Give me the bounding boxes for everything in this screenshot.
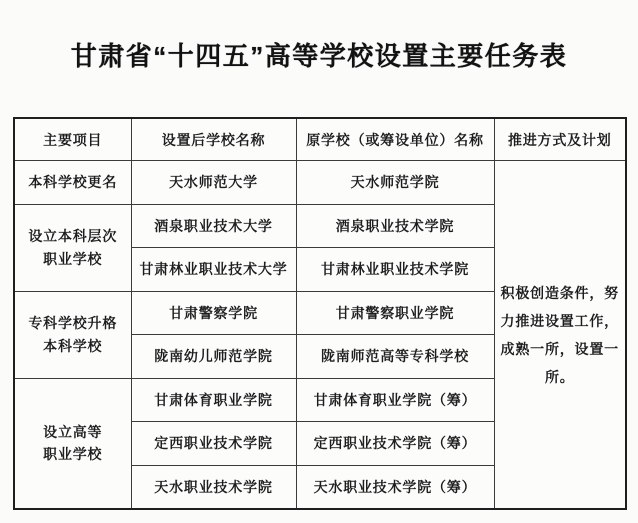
original-school-cell: 甘肃林业职业技术学院 (296, 248, 494, 292)
original-school-cell: 天水师范学院 (296, 161, 494, 205)
project-cell-rename-undergraduate: 本科学校更名 (14, 161, 131, 205)
column-header-project: 主要项目 (14, 118, 131, 161)
original-school-cell: 酒泉职业技术学院 (296, 204, 494, 248)
new-school-cell: 天水师范大学 (131, 161, 296, 205)
original-school-cell: 甘肃体育职业学院（筹） (296, 378, 494, 422)
table-header-row: 主要项目 设置后学校名称 原学校（或筹设单位）名称 推进方式及计划 (14, 118, 626, 161)
column-header-original-school-name: 原学校（或筹设单位）名称 (296, 118, 494, 161)
project-cell-establish-undergraduate-vocational: 设立本科层次 职业学校 (14, 204, 131, 291)
table-row: 本科学校更名 天水师范大学 天水师范学院 积极创造条件，努力推进设置工作，成熟一… (14, 161, 626, 205)
original-school-cell: 定西职业技术学院（筹） (296, 422, 494, 466)
project-cell-upgrade-college-to-undergraduate: 专科学校升格 本科学校 (14, 291, 131, 378)
document-title: 甘肃省“十四五”高等学校设置主要任务表 (0, 36, 638, 73)
new-school-cell: 陇南幼儿师范学院 (131, 335, 296, 379)
original-school-cell: 陇南师范高等专科学校 (296, 335, 494, 379)
new-school-cell: 酒泉职业技术大学 (131, 204, 296, 248)
new-school-cell: 甘肃警察学院 (131, 291, 296, 335)
project-cell-establish-higher-vocational: 设立高等 职业学校 (14, 378, 131, 509)
column-header-promotion-plan: 推进方式及计划 (494, 118, 626, 161)
tasks-table: 主要项目 设置后学校名称 原学校（或筹设单位）名称 推进方式及计划 本科学校更名… (13, 117, 627, 510)
column-header-new-school-name: 设置后学校名称 (131, 118, 296, 161)
new-school-cell: 定西职业技术学院 (131, 422, 296, 466)
promotion-plan-note-cell: 积极创造条件，努力推进设置工作，成熟一所，设置一所。 (494, 161, 626, 510)
new-school-cell: 甘肃林业职业技术大学 (131, 248, 296, 292)
original-school-cell: 甘肃警察职业学院 (296, 291, 494, 335)
new-school-cell: 天水职业技术学院 (131, 465, 296, 509)
scanned-document-page: { "title": "甘肃省“十四五”高等学校设置主要任务表", "table… (0, 0, 638, 523)
new-school-cell: 甘肃体育职业学院 (131, 378, 296, 422)
original-school-cell: 天水职业技术学院（筹） (296, 465, 494, 509)
